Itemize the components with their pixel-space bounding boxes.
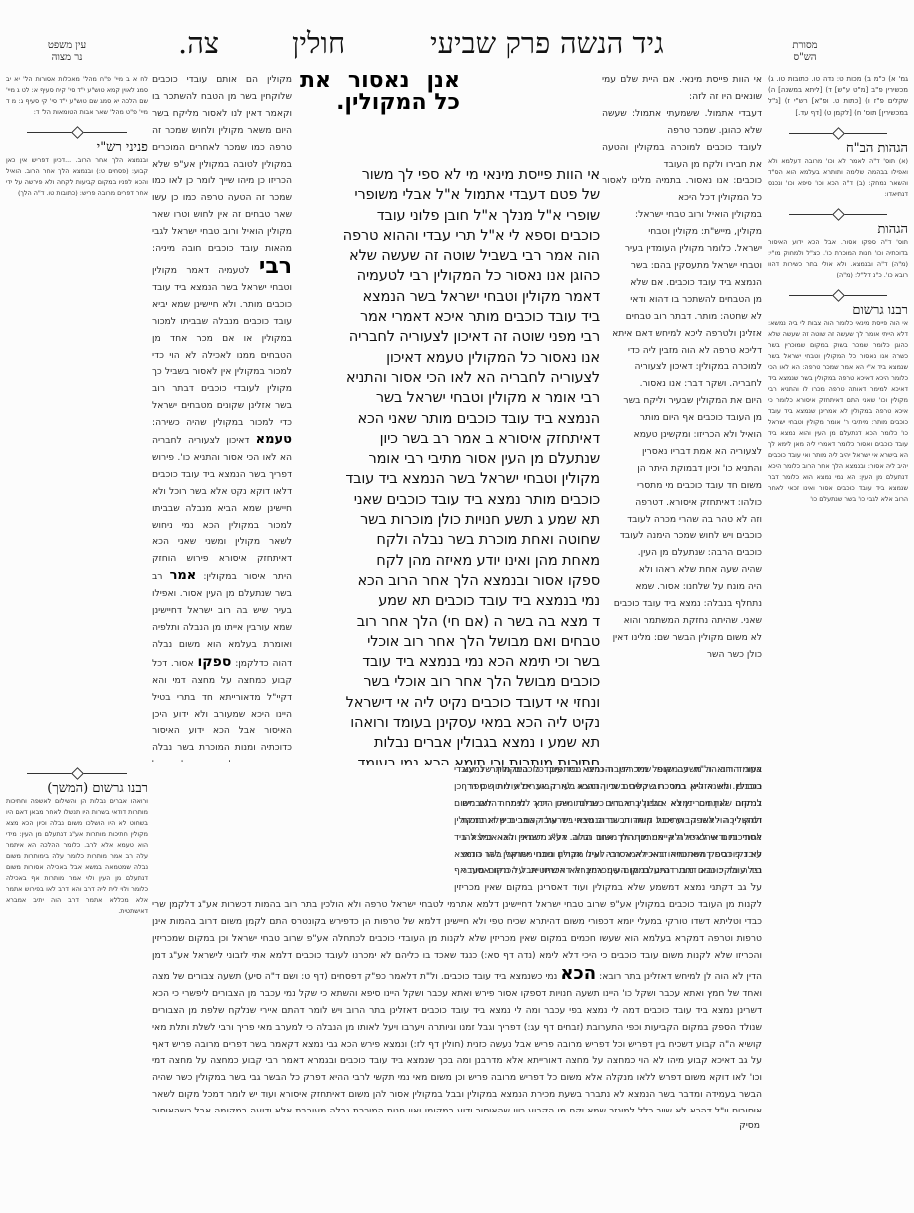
tosafot-body: אסור. דכל קבוע כמחצה על מחצה דמי והא דקי…: [152, 658, 292, 762]
tosafot-dibbur-hamatchil: ספקו: [198, 654, 232, 670]
hagahot-body: תוס' ד"ה ספקו אסור. אבל הכא ידוע האיסור …: [768, 237, 908, 281]
gemara-line: ונחזי אי דעובד כוכבים נקיט ליה אי דישראל: [296, 693, 600, 713]
gemara-line: רבי מפני שוטה זה דאיכון לצעוריה לחבריה: [296, 327, 600, 347]
tosafot-body: דאיכון לצעוריה לחבריה הא לאו הכי אסור וה…: [152, 435, 292, 582]
rashi-line: לחבריה. ושקר דבר: אנו נאסור.: [602, 376, 762, 393]
gemara-line: דאמר מקולין וטבחי ישראל בשר הנמצא: [296, 287, 600, 307]
gemara-line: כוכבים מבושל הלך אחר רוב אוכלי בשר: [296, 672, 600, 692]
gemara-line: טבחים ואם מבושל הלך אחר רוב אוכלי: [296, 632, 600, 652]
rashi-line: כוכבים ויש לחוש שמכר הימנה לעובד: [602, 528, 762, 545]
rashi-line: דליכא טרפה לא הוה מזבין ליה כדי: [602, 343, 762, 360]
rabbeinu-gershom-body: אי הוה פייסת מינאי כלומר הוה צבות לי ביה…: [768, 318, 908, 505]
rashi-line: שהיה שעה אחת שלא ראהו ולא: [602, 562, 762, 579]
page-number: צה.: [178, 26, 219, 61]
hagahot-habach-title: הגהות הב"ח: [768, 143, 908, 154]
rashi-line: למוכרה במקולין: דאיכון לצעוריה: [602, 359, 762, 376]
rashi-line: במקולין הואיל ורוב טבחי ישראל:: [602, 207, 762, 224]
closing-word-container: מסיק: [680, 1118, 760, 1138]
rashi-line: וטבחי ישראל מתעסקין בהם: בשר: [602, 258, 762, 275]
ornamental-divider-icon: [27, 128, 126, 136]
tosafot-opening-word: אנן נאסור את כל המקולין.: [300, 72, 460, 115]
rashi-line: כוכבים הרבה: שנתעלם מן העין.: [602, 545, 762, 562]
gemara-line: שופרי א"ל מנלך א"ל חובן פלוני עובד: [296, 206, 600, 226]
rashi-line: מן העובד כוכבים אף היום מותר: [602, 410, 762, 427]
gemara-line: לצעוריה לחבריה הא לאו הכי אסור והתניא: [296, 368, 600, 388]
ein-mishpat-entries: לח א ב מיי' פ"ח מהל' מאכלות אסורות הל' י…: [6, 74, 148, 118]
gemara-line: תא שמע ג תשע חנויות כולן מוכרות בשר: [296, 510, 600, 530]
rashi-line: היום את המקולין שבעיר וליקח בשר: [602, 393, 762, 410]
gemara-line: כהוגן אנו נאסור כל המקולין רבי לטעמיה: [296, 266, 600, 286]
gemara-line: נמי בנמצא ביד עובד כוכבים תא שמע: [296, 591, 600, 611]
gemara-line: כוכבים וספא לי א"ל תרי עבדי וההוא טרפה: [296, 226, 600, 246]
rashi-line: הנמצא ביד עובד כוכבים. אם שלא: [602, 275, 762, 292]
gemara-line: בשר וכי תימא הכא נמי בנמצא ביד עובד: [296, 652, 600, 672]
closing-catchword: מסיק: [739, 1120, 760, 1131]
rashi-line: ישראל. כלומר מקולין העומדין בעיר: [602, 241, 762, 258]
penei-rashi-title: פניני רש"י: [6, 142, 148, 153]
rashi-line: לא שחטה: מותר. דבתר רוב טבחים: [602, 309, 762, 326]
rashi-line: וזה לא טהר בה שהרי מכרה לעובד: [602, 512, 762, 529]
gemara-line: כוכבים מותר נמצא ביד עובד כוכבים שאני: [296, 490, 600, 510]
gemara-line: ביד עובד כוכבים מותר איכא דאמרי אמר: [296, 307, 600, 327]
rashi-line: מקולין, מייש"ת: מקולין וטבחי: [602, 224, 762, 241]
tosafot-body: לטעמיה דאמר מקולין וטבחי ישראל בשר הנמצא…: [152, 265, 292, 428]
hagahot-title: הגהות: [768, 224, 908, 235]
tosafot-commentary: מקולין הם אותם עובדי כוכבים שלוקחין בשר …: [152, 72, 292, 762]
gemara-line: של פטם דעבדי אתמול א"ל אבלי משופרי: [296, 185, 600, 205]
ein-mishpat-label: עין משפט נר מצוה: [22, 40, 112, 64]
tosafot-dibbur-hamatchil: הכא: [560, 963, 596, 984]
rashi-line: לעובד כוכבים למוכרה במקולין והטעה את חבי…: [602, 140, 762, 174]
right-margin-column: גמ' א) כ"מ ב) מכות ט: נדה טו. כתובות טו.…: [768, 74, 908, 1154]
rashi-line: כולן כשר השר: [602, 647, 762, 664]
gemara-line: שחוטה ואחת מוכרת בשר נבלה ולקח: [296, 530, 600, 550]
gemara-line: רבי אומר א מקולין וטבחי ישראל בשר: [296, 388, 600, 408]
gemara-main-text: אי הוות פייסת מינאי מי לא ספי לך משור של…: [296, 165, 600, 765]
rashi-commentary: אי הוות פייסת מינאי. אם היית שלם עמי שונ…: [602, 72, 762, 762]
ornamental-divider-icon: [789, 210, 887, 218]
rashi-line: מן הטבחים להשתכר בו דהוא ודאי: [602, 292, 762, 309]
tractate-name: חולין: [292, 26, 345, 61]
masoret-hashas-entries: גמ' א) כ"מ ב) מכות ט: נדה טו. כתובות טו.…: [768, 74, 908, 119]
masoret-hashas-label: מסורת הש"ס: [770, 40, 840, 64]
gemara-line: נקיט ליה הכא במאי עסקינן בעומד ורואהו: [296, 713, 600, 733]
penei-rashi-body: ובנמצא הלך אחר הרוב. ...דכיון דפריש אין …: [6, 155, 148, 199]
rashi-line: נתחלף בנבלה: נמצא ביד עובד כוכבים: [602, 596, 762, 613]
left-margin-column: לח א ב מיי' פ"ח מהל' מאכלות אסורות הל' י…: [6, 74, 148, 1154]
rashi-line: משום חד עובד כוכבים מי מתסרי: [602, 478, 762, 495]
gemara-line: תא שמע ו נמצא בגבולין אברים נבלות: [296, 733, 600, 753]
rashi-line: שאני. שהיתה נחזקת המשתמר והוא: [602, 613, 762, 630]
chapter-name: גיד הנשה: [560, 26, 664, 61]
rabbeinu-gershom-title: רבנו גרשום: [768, 305, 908, 316]
tosafot-lower-left-spacer: [152, 762, 454, 884]
tosafot-lower-body: נמי כשנמצא ביד עובד כוכבים. ול"ת דלאמר כ…: [152, 971, 762, 1112]
rashi-line: דעבדי אתמול. ששמעתי אתמול: שעשה שלא כהוג…: [602, 106, 762, 140]
rashi-line: לא משום מקולין הבשר שם: מלינו דאין: [602, 630, 762, 647]
rashi-line: כוכבים: אנו נאסור. בתמיה מלינו לאסור כל …: [602, 173, 762, 207]
tosafot-dibbur-hamatchil: רבי: [259, 254, 292, 279]
rashi-line: הואיל ולא הכריזו: ומקשינן טעמא: [602, 427, 762, 444]
hagahot-habach-body: (א) תוס' ד"ה לאמר לא וכו' מרובה דעלמא ול…: [768, 156, 908, 200]
gemara-line: אי הוות פייסת מינאי מי לא ספי לך משור: [296, 165, 600, 185]
rashi-line: אזלינן ולטרפה ליכא למיחש דאם איתא: [602, 326, 762, 343]
ornamental-divider-icon: [27, 769, 126, 777]
gemara-line: דאיתחזק איסורא ב אמר רב בשר כיון: [296, 429, 600, 449]
gemara-line: הוה אמר רבי בשביל שוטה זה שעשה שלא: [296, 246, 600, 266]
rashi-line: היה מונח על שלחנו: אסור. שמא: [602, 579, 762, 596]
tosafot-top-span: אנן נאסור את כל המקולין.: [300, 72, 460, 162]
rashi-line: לצעוריה הא אמת דבריו נאסרין: [602, 444, 762, 461]
rashi-line: כולהו: דאיתחזק איסורא. דטרפה: [602, 495, 762, 512]
rabbeinu-gershom-cont-body: ורואהו אברים נבלות הן והשילום לאשפה וחתי…: [6, 796, 148, 917]
gemara-line: מאחת מהן ואינו יודע מאיזה מהן לקח: [296, 551, 600, 571]
blank-space: [6, 199, 148, 759]
tosafot-full-width: אחר הרוב. ול"ת דבמקום שמכריזין והכריזו מ…: [152, 762, 762, 1112]
gemara-line: ספקו אסור ובנמצא הלך אחר הרוב הכא: [296, 571, 600, 591]
rashi-line: והתניא כו' וכיון דבמוקת היתר הן: [602, 461, 762, 478]
ornamental-divider-icon: [789, 129, 887, 137]
rashi-line: אי הוות פייסת מינאי. אם היית שלם עמי שונ…: [602, 72, 762, 106]
tosafot-dibbur-hamatchil: טעמא: [256, 432, 292, 447]
gemara-line: ד מצא בה בשר ה (אם חי) הלך אחר רוב: [296, 612, 600, 632]
gemara-line: שנתעלם מן העין אסור מתיבי רבי אומר: [296, 449, 600, 469]
gemara-line: הנמצא ביד עובד כוכבים מותר שאני הכא: [296, 409, 600, 429]
gemara-line: אנו נאסור כל המקולין טעמא דאיכון: [296, 348, 600, 368]
gemara-line: מקולין וטבחי ישראל בשר הנמצא ביד עובד: [296, 469, 600, 489]
ornamental-divider-icon: [789, 291, 887, 299]
tosafot-dibbur-hamatchil: אמר: [170, 568, 197, 583]
chapter-number: פרק שביעי: [430, 26, 550, 61]
tosafot-body: מקולין הם אותם עובדי כוכבים שלוקחין בשר …: [152, 74, 292, 254]
rabbeinu-gershom-cont-title: רבנו גרשום (המשך): [6, 783, 148, 794]
